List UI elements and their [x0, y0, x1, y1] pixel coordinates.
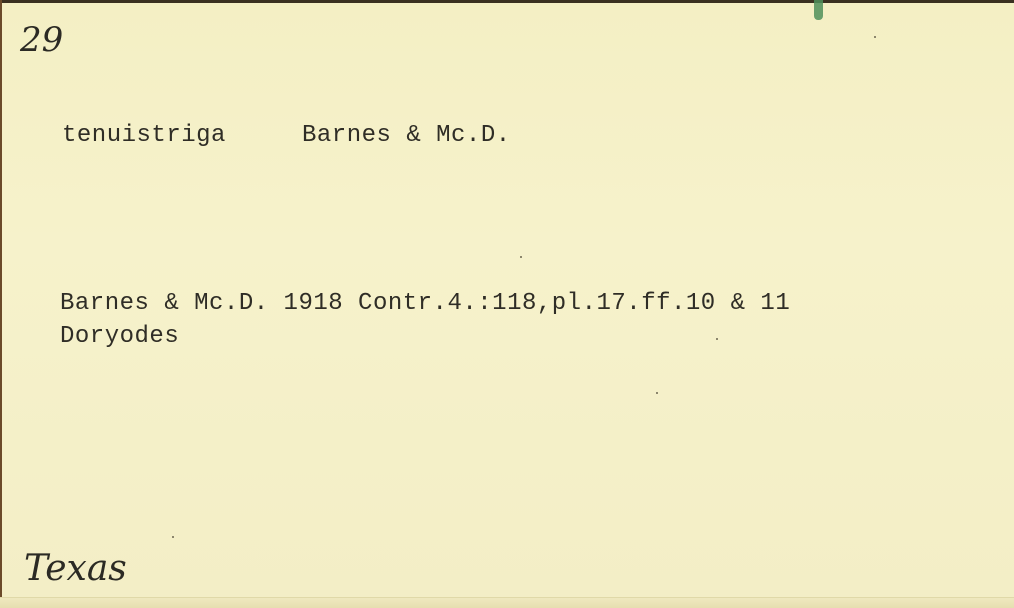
paper-speck — [716, 338, 718, 340]
catalog-card: 29 tenuistriga Barnes & Mc.D. Barnes & M… — [0, 0, 1014, 608]
species-name: tenuistriga — [62, 122, 226, 149]
handwritten-locality: Texas — [24, 548, 127, 589]
paper-speck — [874, 36, 876, 38]
paper-speck — [520, 256, 522, 258]
paper-speck — [172, 536, 174, 538]
handwritten-card-number: 29 — [20, 20, 63, 60]
species-author: Barnes & Mc.D. — [302, 122, 511, 149]
genus-name: Doryodes — [60, 323, 179, 350]
green-tab-marker — [814, 0, 823, 20]
citation-line: Barnes & Mc.D. 1918 Contr.4.:118,pl.17.f… — [60, 290, 790, 317]
paper-speck — [656, 392, 658, 394]
